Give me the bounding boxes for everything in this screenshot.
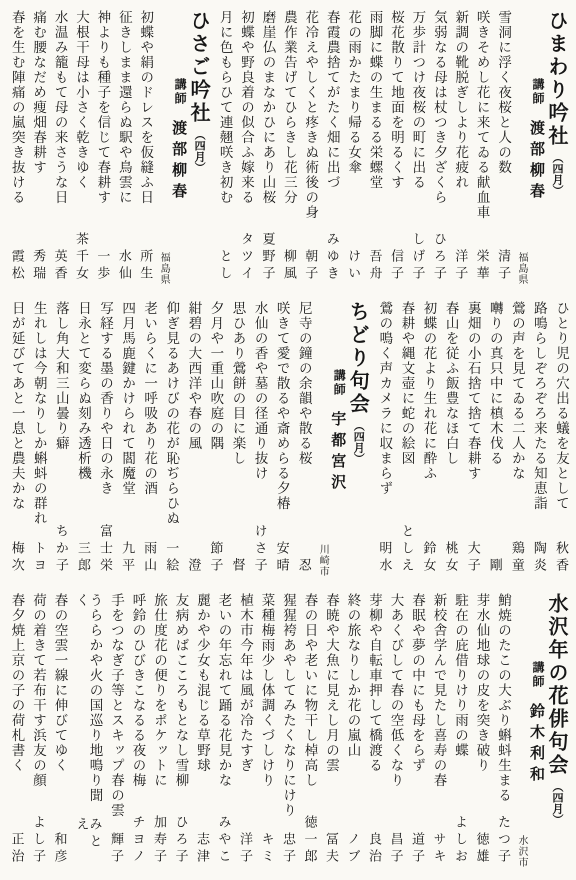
poem-text: 駐在の庇借りけり雨の蝶 <box>453 593 467 758</box>
poem-column: 終の旅なりしか花の嵐山ノブ <box>345 593 359 870</box>
poem-text: 農作業告げてひらきし花三分 <box>281 10 295 205</box>
poem-column: 芽柳や自転車押して橋渡る良治 <box>367 593 381 870</box>
poem-author: ひろ子 <box>173 809 187 866</box>
section-month: （四月） <box>194 129 206 173</box>
poem-author: 冨夫 <box>324 826 338 866</box>
poem-author: 清子 <box>496 243 510 283</box>
lecturer-label: 講師 <box>171 78 186 106</box>
poem-author: 鶏童 <box>509 535 523 575</box>
poem-column: 写経する墨の香りや日の永き富士栄 <box>98 301 112 578</box>
poem-author: 明水 <box>377 535 391 575</box>
poem-column: 春霞農捨てがたく畑に出づみゆき <box>324 10 338 287</box>
poem-author: 大子 <box>465 535 479 575</box>
poem-text: 春暁や大魚に見えし月の雲 <box>324 593 338 773</box>
poem-author: よしお <box>453 809 467 866</box>
poem-text: 桜花散りて地面を明るくす <box>388 10 402 190</box>
poem-author: ノブ <box>345 826 359 866</box>
poem-text: 月に色もらひて連翹咲き初む <box>217 10 231 205</box>
region-label: 福島県 <box>516 252 526 285</box>
section-title-text: 水沢年の花俳句会 <box>545 593 569 777</box>
poem-text: 雪洞に浮く夜桜と人の数 <box>496 10 510 175</box>
poem-column: 水温み籠もて母の来さうな日英香 <box>52 10 66 287</box>
poem-text: 日永とて変らぬ刻み透析機 <box>75 301 89 481</box>
poem-column: 友病めばこころもとなし雪柳ひろ子 <box>173 593 187 870</box>
poem-author: トヨ <box>31 535 45 575</box>
poem-author: 秋香 <box>554 535 568 575</box>
lecturer-column: 講師鈴木利和 <box>529 593 544 870</box>
poem-author: 安晴 <box>274 535 288 575</box>
poem-text: 春の日や老いに物干し棹高し <box>302 593 316 788</box>
poem-text: 大あくびして春の空低くなり <box>388 593 402 788</box>
poem-text: 芽水仙地球の皮を突き破り <box>474 593 488 773</box>
poem-text: 水温み籠もて母の来さうな日 <box>52 10 66 205</box>
section-header: ひさご吟社（四月）講師渡部柳春福島県 <box>158 10 209 287</box>
poem-text: 紺碧の大西洋や春の風 <box>186 301 200 451</box>
poem-text: 老いらくに一呼吸あり花の酒 <box>142 301 156 496</box>
poem-author: 良治 <box>367 826 381 866</box>
poem-author: 徳雄 <box>474 826 488 866</box>
poem-text: 老いの年忘れて踊る花見かな <box>216 593 230 788</box>
poem-column: 裏畑の小石捨て捨て春耕す大子 <box>465 301 479 578</box>
poem-column: 咲きて愛で散るや斎めらる夕椿安晴 <box>274 301 288 578</box>
poem-text: 初蝶や絹のドレスを仮縫ふ日 <box>138 10 152 205</box>
poem-text: 痛む腰なだめ痩畑春耕す <box>31 10 45 175</box>
poem-column: うららかや火の国巡り地鳴り聞くみとえ <box>74 593 101 870</box>
poem-column: 初蝶の花より生れ花に酔ふ鈴女 <box>421 301 435 578</box>
lecturer-label: 講師 <box>529 661 544 689</box>
poem-column: 気弱なる母は杖つき夕ざくらひろ子 <box>431 10 445 287</box>
region-label: 川崎市 <box>317 544 327 577</box>
poem-column: 春耕や縄文壺に蛇の絵図としえ <box>399 301 413 578</box>
poem-text: 尼寺の鐘の余韻や散る桜 <box>296 301 310 466</box>
poem-text: 新校舎学んで見たし喜寿の春 <box>431 593 445 788</box>
poem-column: 神よりも種子を信じて春耕す一歩 <box>95 10 109 287</box>
poem-author: 洋子 <box>453 243 467 283</box>
poem-column: 新校舎学んで見たし喜寿の春サキ <box>431 593 445 870</box>
poem-column: 花の雨かたまり帰る女傘けい <box>346 10 360 287</box>
poem-text: 手をつなぎ子等とスキップ春の雲 <box>109 593 123 818</box>
poem-column: 手をつなぎ子等とスキップ春の雲輝子 <box>109 593 123 870</box>
poem-text: 猩猩袴あやしてみたくなりにけり <box>281 593 295 818</box>
poem-column: 植木市今年は風が冷たすぎ洋子 <box>238 593 252 870</box>
section-title-text: ひまわり吟社 <box>545 10 569 148</box>
poem-column: 鶯の鳴く声カメラに収まらず明水 <box>377 301 391 578</box>
poem-text: 水仙の香や墓の径通り抜け <box>252 301 266 481</box>
poem-column: 初蝶や野良着の似合ふ嫁来るタツイ <box>239 10 253 287</box>
poem-text: 春耕や縄文壺に蛇の絵図 <box>399 301 413 466</box>
poem-text: 落し角大和三山曇り癖 <box>53 301 67 451</box>
haiku-page: ひまわり吟社（四月）講師渡部柳春福島県雪洞に浮く夜桜と人の数清子咲きそめし花に来… <box>0 0 576 880</box>
poem-text: 神よりも種子を信じて春耕す <box>95 10 109 205</box>
poem-author: 夏野子 <box>260 226 274 283</box>
poem-text: 終の旅なりしか花の嵐山 <box>345 593 359 758</box>
poem-author: 所生 <box>138 243 152 283</box>
poem-column: 夕月や一重山吹庭の隅節子 <box>208 301 222 578</box>
poem-author: ちか子 <box>53 518 67 575</box>
lecturer-name: 渡部柳春 <box>171 120 186 204</box>
poem-column: 生れしは今朝なりしか蝌蚪の群れトヨ <box>31 301 45 578</box>
poem-text: 春の空雲一線に伸びてゆく <box>52 593 66 773</box>
poem-author: みやこ <box>216 809 230 866</box>
poem-text: 春を生む陣痛の嵐突き抜ける <box>9 10 23 205</box>
poem-author: みとえ <box>74 811 101 866</box>
poem-author: 栄華 <box>474 243 488 283</box>
section-title: ひまわり吟社（四月） <box>546 10 567 287</box>
poem-column: 思ひあり鶯餅の目に楽し督 <box>230 301 244 578</box>
section-month: （四月） <box>551 781 563 825</box>
poem-column: 紺碧の大西洋や春の風澄 <box>186 301 200 578</box>
poem-column: 路鳴らしぞろぞろ来たる知恵詣陶炎 <box>531 301 545 578</box>
poem-column: 仰ぎ見るあけびの花が恥ぢらひぬ一絵 <box>164 301 178 578</box>
poem-text: 新調の靴脱ぎしより花疲れ <box>453 10 467 190</box>
poem-text: 花冷えやしくと疼きぬ術後の身 <box>303 10 317 220</box>
lecturer-name: 宇都宮沢 <box>330 411 345 495</box>
poem-column: 万歩計つけ夜桜の町に出るしげ子 <box>410 10 424 287</box>
poem-author: 洋子 <box>238 826 252 866</box>
poem-text: 植木市今年は風が冷たすぎ <box>238 593 252 773</box>
poem-author: 和彦 <box>52 826 66 866</box>
poem-text: 裏畑の小石捨て捨て春耕す <box>465 301 479 481</box>
poem-author: 陶炎 <box>531 535 545 575</box>
poem-author: 雨山 <box>142 535 156 575</box>
poem-column: 日が延びてあと一息と農夫かな梅次 <box>9 301 23 578</box>
poem-author: チヨノ <box>130 809 144 866</box>
poem-text: 春山を従ふ飯豊なほ白し <box>443 301 457 466</box>
poem-column: 桜花散りて地面を明るくす信子 <box>388 10 402 287</box>
poem-column: 大あくびして春の空低くなり昌子 <box>388 593 402 870</box>
poem-column: 麗かや少女も混じる草野球志津 <box>195 593 209 870</box>
poem-column: 新調の靴脱ぎしより花疲れ洋子 <box>453 10 467 287</box>
poem-column: 征きしまま還らぬ駅や鳥雲に水仙 <box>116 10 130 287</box>
poem-author: 徳一郎 <box>302 809 316 866</box>
poem-text: 春夕焼上京の子の荷札書く <box>9 593 23 773</box>
poem-text: 初蝶の花より生れ花に酔ふ <box>421 301 435 481</box>
poem-text: 磨崖仏のまなかひにあり山桜 <box>260 10 274 205</box>
poem-text: 咲きて愛で散るや斎めらる夕椿 <box>274 301 288 511</box>
poem-column: 春眠や夢の中にも母をらず道子 <box>410 593 424 870</box>
poem-column: 春山を従ふ飯豊なほ白し桃女 <box>443 301 457 578</box>
poem-column: 芽水仙地球の皮を突き破り徳雄 <box>474 593 488 870</box>
poem-text: 囀りの真只中に槙木伐る <box>487 301 501 466</box>
region-label: 水沢市 <box>516 835 526 868</box>
poem-author: 水仙 <box>116 243 130 283</box>
poem-column: 尼寺の鐘の余韻や散る桜忍 <box>296 301 310 578</box>
poem-text: 春霞農捨てがたく畑に出づ <box>324 10 338 190</box>
poem-column: 荷の着きて若布干す浜友の顔よし子 <box>31 593 45 870</box>
poem-column: 鮹焼のたこの大ぶり蝌蚪生まるたつ子 <box>496 593 510 870</box>
poem-text: 大根干母は小さく乾きゆく <box>73 10 87 190</box>
region-label: 福島県 <box>158 252 168 285</box>
poem-column: ひとり児の穴出る蟻を友として秋香 <box>554 301 568 578</box>
poem-author: けさ子 <box>252 518 266 575</box>
poem-column: 初蝶や絹のドレスを仮縫ふ日所生 <box>138 10 152 287</box>
poem-text: 菜種梅雨少し体調くづしけり <box>259 593 273 788</box>
poem-author: 吾舟 <box>367 243 381 283</box>
poem-text: 写経する墨の香りや日の永き <box>98 301 112 496</box>
poem-column: 猩猩袴あやしてみたくなりにけり忠子 <box>281 593 295 870</box>
poem-text: 初蝶や野良着の似合ふ嫁来る <box>239 10 253 205</box>
section-title-text: ちどり句会 <box>346 301 370 416</box>
poem-text: 鮹焼のたこの大ぶり蝌蚪生まる <box>496 593 510 803</box>
poem-column: 花冷えやしくと疼きぬ術後の身朝子 <box>303 10 317 287</box>
poem-author: みゆき <box>324 226 338 283</box>
poem-author: しげ子 <box>410 226 424 283</box>
poem-column: 老いらくに一呼吸あり花の酒雨山 <box>142 301 156 578</box>
poem-column: 老いの年忘れて踊る花見かなみやこ <box>216 593 230 870</box>
poem-column: 春の日や老いに物干し棹高し徳一郎 <box>302 593 316 870</box>
lecturer-column: 講師宇都宮沢 <box>330 301 345 578</box>
poem-author: 朝子 <box>303 243 317 283</box>
lecturer-name: 渡部柳春 <box>529 120 544 204</box>
poem-text: 四月馬鹿鍵かけられて閻魔堂 <box>120 301 134 496</box>
section-title: ちどり句会（四月） <box>347 301 368 578</box>
poem-text: 荷の着きて若布干す浜友の顔 <box>31 593 45 788</box>
text-band: 水沢年の花俳句会（四月）講師鈴木利和水沢市鮹焼のたこの大ぶり蝌蚪生まるたつ子芽水… <box>6 593 570 870</box>
poem-text: 花の雨かたまり帰る女傘 <box>346 10 360 175</box>
poem-text: 万歩計つけ夜桜の町に出る <box>410 10 424 190</box>
poem-author: よし子 <box>31 809 45 866</box>
lecturer-label: 講師 <box>529 78 544 106</box>
poem-text: 友病めばこころもとなし雪柳 <box>173 593 187 788</box>
poem-column: 日永とて変らぬ刻み透析機三郎 <box>75 301 89 578</box>
poem-column: 磨崖仏のまなかひにあり山桜夏野子 <box>260 10 274 287</box>
poem-author: 加寿子 <box>152 809 166 866</box>
poem-column: 菜種梅雨少し体調くづしけりキミ <box>259 593 273 870</box>
poem-column: 痛む腰なだめ痩畑春耕す秀瑞 <box>31 10 45 287</box>
poem-text: 麗かや少女も混じる草野球 <box>195 593 209 773</box>
poem-column: 水仙の香や墓の径通り抜けけさ子 <box>252 301 266 578</box>
poem-text: うららかや火の国巡り地鳴り聞く <box>74 593 101 811</box>
section-header: ひまわり吟社（四月）講師渡部柳春福島県 <box>516 10 567 287</box>
poem-author: 霞松 <box>9 243 23 283</box>
poem-author: 梅次 <box>9 535 23 575</box>
poem-column: 四月馬鹿鍵かけられて閻魔堂九平 <box>120 301 134 578</box>
poem-text: 春眠や夢の中にも母をらず <box>410 593 424 773</box>
poem-text: 路鳴らしぞろぞろ来たる知恵詣 <box>531 301 545 511</box>
poem-text: 旅仕度花の便りをポケットに <box>152 593 166 788</box>
poem-text: 咲きそめし花に来てゐる献血車 <box>474 10 488 220</box>
section-header: 水沢年の花俳句会（四月）講師鈴木利和水沢市 <box>516 593 567 870</box>
poem-text: 鶯の鳴く声カメラに収まらず <box>377 301 391 496</box>
poem-author: サキ <box>431 826 445 866</box>
section-title: ひさご吟社（四月） <box>188 10 209 287</box>
section-header: ちどり句会（四月）講師宇都宮沢川崎市 <box>317 301 368 578</box>
poem-author: 澄 <box>186 552 200 575</box>
poem-column: 旅仕度花の便りをポケットに加寿子 <box>152 593 166 870</box>
poem-column: 農作業告げてひらきし花三分柳風 <box>281 10 295 287</box>
poem-column: 落し角大和三山曇り癖ちか子 <box>53 301 67 578</box>
poem-author: 剛 <box>487 552 501 575</box>
poem-author: 志津 <box>195 826 209 866</box>
poem-author: としえ <box>399 518 413 575</box>
poem-author: 忍 <box>296 552 310 575</box>
poem-author: たつ子 <box>496 809 510 866</box>
poem-text: 呼鈴のひびきこなるる夜の梅 <box>130 593 144 788</box>
poem-text: 生れしは今朝なりしか蝌蚪の群れ <box>31 301 45 526</box>
poem-column: 春の空雲一線に伸びてゆく和彦 <box>52 593 66 870</box>
poem-author: 正治 <box>9 826 23 866</box>
poem-author: とし <box>217 243 231 283</box>
text-band: ひとり児の穴出る蟻を友として秋香路鳴らしぞろぞろ来たる知恵詣陶炎鶯の声を見てゐる… <box>6 301 570 578</box>
poem-column: 咲きそめし花に来てゐる献血車栄華 <box>474 10 488 287</box>
poem-column: 春暁や大魚に見えし月の雲冨夫 <box>324 593 338 870</box>
poem-column: 囀りの真只中に槙木伐る剛 <box>487 301 501 578</box>
lecturer-label: 講師 <box>330 369 345 397</box>
poem-author: 鈴女 <box>421 535 435 575</box>
poem-column: 駐在の庇借りけり雨の蝶よしお <box>453 593 467 870</box>
poem-text: ひとり児の穴出る蟻を友として <box>554 301 568 511</box>
poem-author: 昌子 <box>388 826 402 866</box>
poem-author: 忠子 <box>281 826 295 866</box>
poem-column: 呼鈴のひびきこなるる夜の梅チヨノ <box>130 593 144 870</box>
poem-text: 思ひあり鶯餅の目に楽し <box>230 301 244 466</box>
poem-author: 道子 <box>410 826 424 866</box>
poem-column: 大根干母は小さく乾きゆく茶千女 <box>73 10 87 287</box>
poem-author: 一歩 <box>95 243 109 283</box>
poem-text: 芽柳や自転車押して橋渡る <box>367 593 381 773</box>
poem-author: 英香 <box>52 243 66 283</box>
poem-text: 日が延びてあと一息と農夫かな <box>9 301 23 511</box>
section-month: （四月） <box>551 152 563 196</box>
poem-author: 茶千女 <box>73 226 87 283</box>
text-band: ひまわり吟社（四月）講師渡部柳春福島県雪洞に浮く夜桜と人の数清子咲きそめし花に来… <box>6 10 570 287</box>
poem-text: 仰ぎ見るあけびの花が恥ぢらひぬ <box>164 301 178 526</box>
poem-author: 輝子 <box>109 826 123 866</box>
poem-author: けい <box>346 243 360 283</box>
poem-column: 鶯の声を見てゐる二人かな鶏童 <box>509 301 523 578</box>
poem-author: ひろ子 <box>431 226 445 283</box>
poem-author: 一絵 <box>164 535 178 575</box>
section-title-text: ひさご吟社 <box>187 10 211 125</box>
poem-text: 気弱なる母は杖つき夕ざくら <box>431 10 445 205</box>
poem-author: 三郎 <box>75 535 89 575</box>
poem-text: 夕月や一重山吹庭の隅 <box>208 301 222 451</box>
section-title: 水沢年の花俳句会（四月） <box>546 593 567 870</box>
poem-author: キミ <box>259 826 273 866</box>
poem-column: 月に色もらひて連翹咲き初むとし <box>217 10 231 287</box>
poem-author: 信子 <box>388 243 402 283</box>
poem-author: 督 <box>230 552 244 575</box>
poem-text: 鶯の声を見てゐる二人かな <box>509 301 523 481</box>
section-month: （四月） <box>353 420 365 464</box>
poem-author: 秀瑞 <box>31 243 45 283</box>
poem-column: 雨脚に蝶の生まるる栄螺堂吾舟 <box>367 10 381 287</box>
lecturer-column: 講師渡部柳春 <box>529 10 544 287</box>
poem-column: 春夕焼上京の子の荷札書く正治 <box>9 593 23 870</box>
lecturer-column: 講師渡部柳春 <box>171 10 186 287</box>
poem-column: 春を生む陣痛の嵐突き抜ける霞松 <box>9 10 23 287</box>
poem-author: 九平 <box>120 535 134 575</box>
poem-text: 征きしまま還らぬ駅や鳥雲に <box>116 10 130 205</box>
poem-author: タツイ <box>239 226 253 283</box>
lecturer-name: 鈴木利和 <box>529 703 544 787</box>
poem-column: 雪洞に浮く夜桜と人の数清子 <box>496 10 510 287</box>
poem-author: 富士栄 <box>98 518 112 575</box>
poem-author: 桃女 <box>443 535 457 575</box>
poem-author: 柳風 <box>281 243 295 283</box>
poem-author: 節子 <box>208 535 222 575</box>
poem-text: 雨脚に蝶の生まるる栄螺堂 <box>367 10 381 190</box>
